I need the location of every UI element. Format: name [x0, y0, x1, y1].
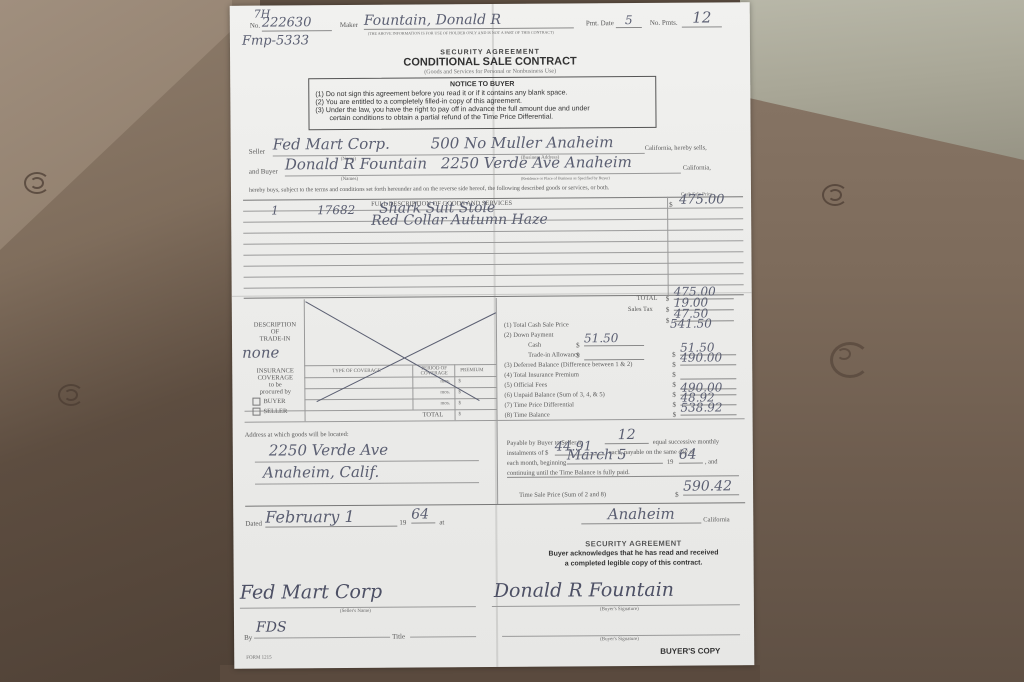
line7-label: (7) Time Price Differential — [504, 401, 573, 408]
dated-date: February 1 — [265, 507, 397, 528]
maker-label: Maker — [340, 21, 358, 29]
fabric-swirl-icon — [822, 184, 848, 206]
insurance-col-divider — [454, 364, 455, 420]
premium-header: PREMIUM — [460, 368, 483, 373]
trade-in-label-line: TRADE-IN — [246, 335, 304, 342]
seller-label: Seller — [249, 148, 265, 156]
insurance-total-label: TOTAL — [423, 411, 444, 418]
dated-label: Dated — [245, 520, 262, 528]
currency: $ — [672, 371, 676, 379]
line1-label: (1) Total Cash Sale Price — [504, 321, 569, 328]
seller-name: Fed Mart Corp. — [273, 135, 390, 154]
contract-document: 7H No. 222630 Fmp-5333 Maker Fountain, D… — [230, 2, 755, 669]
currency: $ — [672, 381, 676, 389]
seller-address: 500 No Muller Anaheim — [431, 133, 614, 152]
dated-year-prefix: 19 — [399, 519, 406, 527]
currency: $ — [666, 295, 670, 303]
insurance-label-line: procured by — [246, 388, 304, 395]
currency: $ — [576, 351, 580, 359]
line5-label: (5) Official Fees — [504, 382, 547, 389]
cash-value: 51.50 — [584, 331, 644, 346]
payment-start-year: 64 — [679, 447, 703, 464]
payment-divider — [497, 420, 499, 504]
line8-label: (8) Time Balance — [505, 412, 550, 419]
names-caption: (Names) — [341, 177, 358, 182]
total-cash-sale-value: 541.50 — [670, 316, 712, 330]
trade-in-value: none — [242, 343, 279, 361]
seller-option-label: SELLER — [264, 408, 288, 415]
currency: $ — [672, 401, 676, 409]
fabric-swirl-icon — [58, 384, 84, 406]
maker-value: Fountain, Donald R — [364, 11, 574, 29]
middle-divider — [496, 298, 498, 420]
time-balance-value: 538.92 — [680, 400, 736, 415]
insurance-row-line — [304, 398, 496, 400]
residence-caption: (Residence or Place of Business as Speci… — [521, 175, 610, 181]
insurance-label: INSURANCE COVERAGE to be procured by — [246, 367, 304, 395]
payment-text: each month, beginning — [507, 459, 566, 466]
dated-state: California — [703, 516, 729, 523]
goods-price-divider — [667, 197, 669, 295]
dated-at-label: at — [439, 518, 444, 526]
insurance-row-line — [304, 376, 496, 378]
fabric-swirl-icon — [24, 172, 50, 194]
currency: $ — [672, 391, 676, 399]
line4-label: (4) Total Insurance Premium — [504, 371, 579, 379]
currency: $ — [672, 351, 676, 359]
trade-in-label: DESCRIPTION OF TRADE-IN — [246, 321, 304, 342]
period-unit: mos. — [440, 401, 450, 406]
period-unit: mos. — [440, 390, 450, 395]
pmt-date-label: Pmt. Date — [586, 19, 614, 27]
trade-in-allowance-label: Trade-in Allowance — [528, 351, 580, 358]
premium-currency: $ — [458, 379, 461, 384]
notice-heading: NOTICE TO BUYER — [315, 80, 649, 89]
security-line-2: a completed legible copy of this contrac… — [524, 559, 744, 568]
currency: $ — [666, 306, 670, 314]
void-cross-line — [316, 312, 496, 402]
buyer2-signature-caption: (Buyer's Signature) — [600, 637, 639, 642]
payment-year-prefix: 19 — [667, 459, 674, 466]
pmt-date-value: 5 — [616, 13, 642, 28]
payment-start-date: March 5 — [567, 447, 663, 465]
insurance-header-line — [304, 364, 496, 366]
location-line-2: Anaheim, Calif. — [263, 463, 379, 482]
currency: $ — [672, 361, 676, 369]
cash-label: Cash — [528, 342, 541, 349]
security-line-1: Buyer acknowledges that he has read and … — [524, 549, 744, 558]
reference-number: Fmp-5333 — [242, 33, 309, 48]
goods-price: 475.00 — [679, 192, 725, 207]
buyer-label: and Buyer — [249, 167, 278, 175]
insurance-option-buyer[interactable]: BUYER — [252, 397, 285, 405]
insurance-premium-value — [680, 370, 736, 379]
payment-text: equal successive monthly — [653, 438, 719, 445]
buyer-name: Donald R Fountain — [285, 154, 427, 173]
contract-no-label: No. — [250, 22, 260, 30]
buyer-line — [285, 173, 681, 177]
title-label: Title — [392, 633, 405, 641]
time-sale-price: 590.42 — [683, 478, 739, 495]
no-pmts-value: 12 — [682, 8, 722, 27]
by-value: FDS — [256, 619, 287, 635]
holder-note: (THE ABOVE INFORMATION IS FOR USE OF HOL… — [368, 30, 554, 36]
buyer-signature: Donald R Fountain — [494, 579, 674, 602]
notice-item: certain conditions to obtain a partial r… — [315, 113, 649, 123]
void-cross-line — [305, 301, 480, 401]
buyer-suffix: California, — [683, 164, 711, 171]
currency: $ — [673, 411, 677, 419]
seller-checkbox[interactable] — [252, 408, 260, 416]
seller-signature-caption: (Seller's Name) — [340, 609, 371, 614]
seller-suffix: California, hereby sells, — [645, 144, 707, 151]
currency: $ — [675, 491, 679, 499]
buyer-address: 2250 Verde Ave Anaheim — [441, 153, 632, 172]
fabric-swirl-icon — [830, 342, 870, 378]
goods-line-2: Red Collar Autumn Haze — [371, 212, 548, 229]
line6-label: (6) Unpaid Balance (Sum of 3, 4, & 5) — [504, 391, 604, 399]
notice-to-buyer-box: NOTICE TO BUYER (1) Do not sign this agr… — [308, 76, 656, 130]
buyer-checkbox[interactable] — [252, 398, 260, 406]
dated-city: Anaheim — [581, 505, 701, 525]
payment-text: continuing until the Time Balance is ful… — [507, 468, 739, 478]
buyer-option-label: BUYER — [263, 398, 285, 405]
insurance-row-line — [304, 387, 496, 389]
by-label: By — [244, 634, 252, 642]
contract-number: 222630 — [262, 15, 332, 31]
payment-text: , and — [705, 458, 718, 465]
payment-text: instalments of $ — [507, 450, 549, 457]
form-number: FORM 1215 — [246, 656, 271, 661]
location-line-1: 2250 Verde Ave — [269, 441, 388, 460]
line3-label: (3) Deferred Balance (Difference between… — [504, 361, 632, 369]
insurance-option-seller[interactable]: SELLER — [252, 407, 287, 415]
installments-count: 12 — [605, 427, 649, 444]
no-pmts-label: No. Pmts. — [650, 19, 678, 27]
goods-item-no: 17682 — [317, 203, 355, 217]
title-line — [410, 636, 476, 637]
insurance-total-currency: $ — [459, 412, 462, 417]
premium-currency: $ — [458, 401, 461, 406]
line2-label: (2) Down Payment — [504, 332, 554, 339]
goods-price-currency: $ — [669, 201, 673, 209]
time-sale-label: Time Sale Price (Sum of 2 and 8) — [519, 491, 606, 499]
currency: $ — [576, 341, 580, 349]
trade-in-allowance-value — [584, 351, 644, 360]
dated-year: 64 — [411, 506, 435, 523]
by-line — [254, 637, 390, 639]
terms-line: hereby buys, subject to the terms and co… — [249, 185, 609, 194]
buyers-copy-label: BUYER'S COPY — [660, 646, 720, 655]
security-heading: SECURITY AGREEMENT — [523, 538, 743, 549]
seller-signature: Fed Mart Corp — [240, 581, 383, 604]
location-label: Address at which goods will be located: — [245, 431, 349, 439]
sales-tax-label: Sales Tax — [628, 306, 653, 313]
location-line — [255, 482, 479, 485]
total-label: TOTAL — [637, 295, 658, 302]
tradein-divider — [304, 299, 306, 421]
goods-qty: 1 — [271, 203, 279, 217]
buyer-signature-caption: (Buyer's Signature) — [600, 607, 639, 612]
deferred-balance-value: 490.00 — [680, 350, 736, 365]
